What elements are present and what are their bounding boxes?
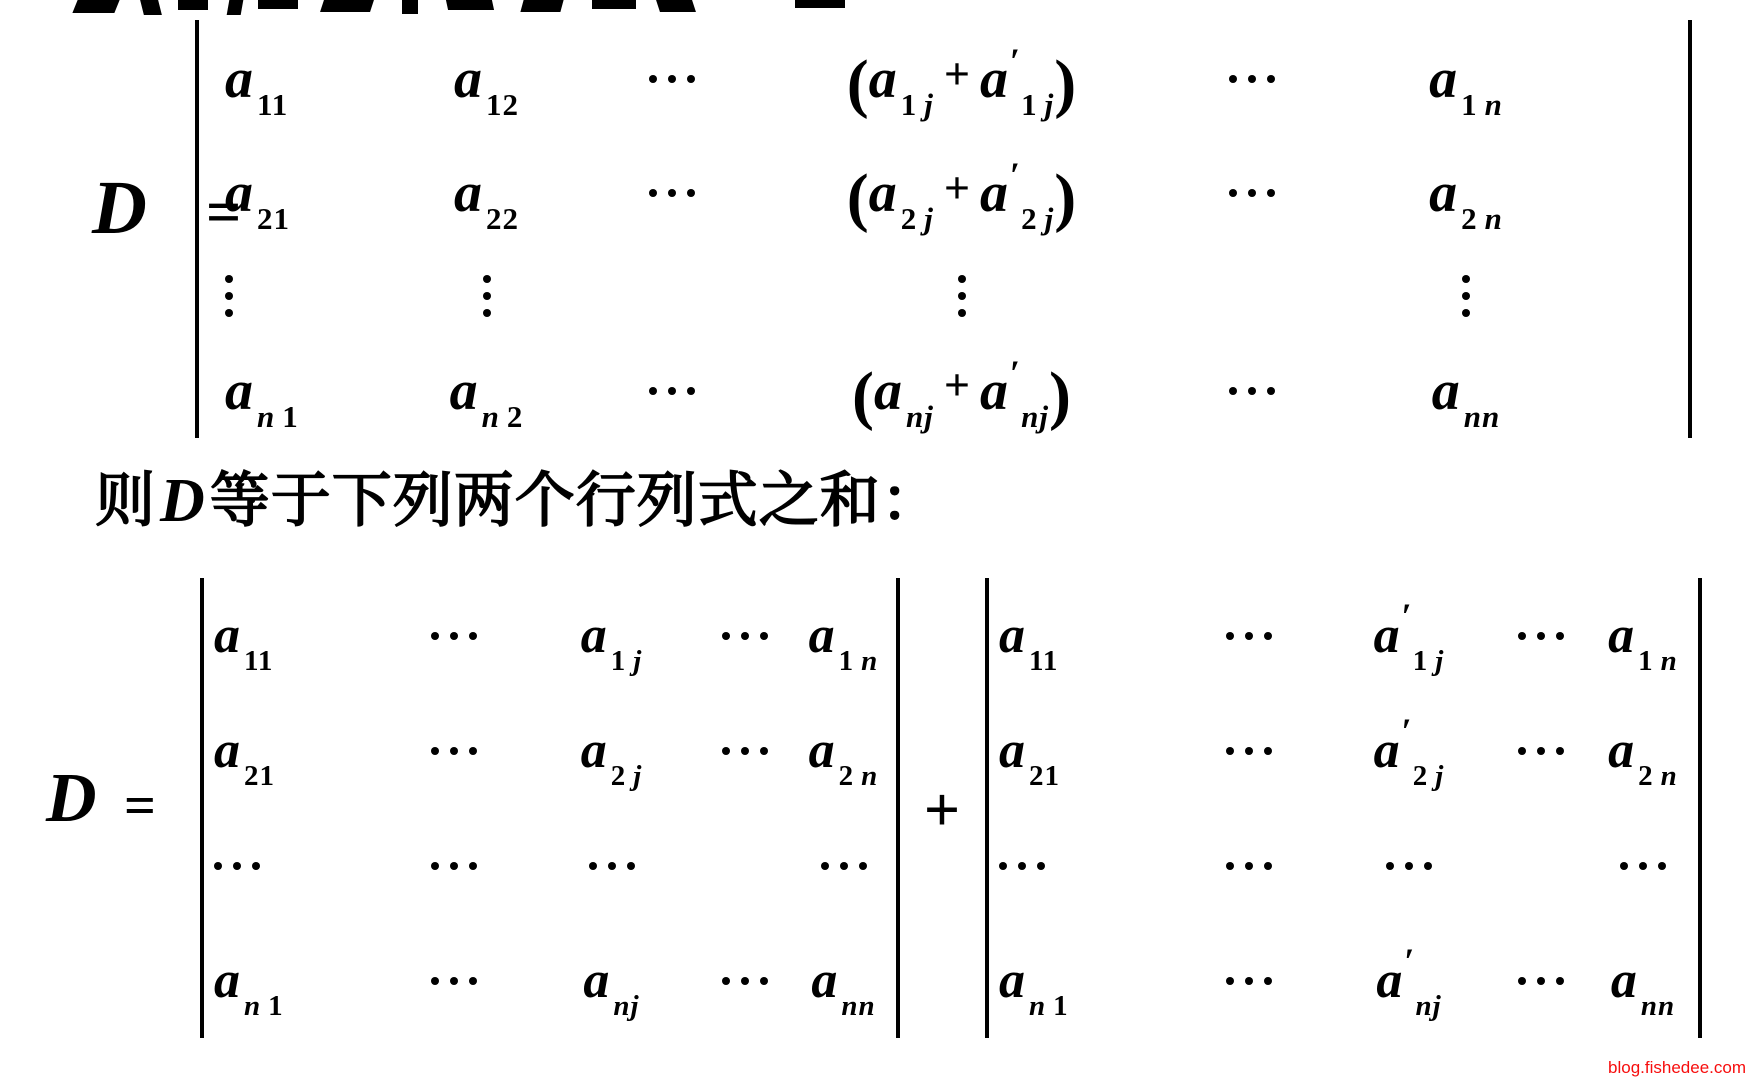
dot — [958, 275, 966, 283]
matrix-cell: a1n — [1344, 20, 1688, 138]
dot — [450, 977, 458, 985]
dot — [1245, 977, 1253, 985]
matrix-cell — [1494, 923, 1588, 1038]
clipped-text-fragment — [320, 0, 374, 12]
matrix-entry: an2 — [450, 359, 524, 423]
dot — [1556, 632, 1564, 640]
equals-sign: = — [124, 778, 156, 834]
dot — [450, 632, 458, 640]
dot — [1386, 862, 1394, 870]
matrix-entry: a21 — [214, 721, 275, 780]
entry-subscript: n1 — [244, 990, 284, 1022]
entry-subscript: n1 — [257, 399, 299, 434]
entry-subscript: 21 — [1029, 760, 1060, 792]
matrix-grid: a11a1ja1na21a2ja2nan1anjann — [204, 578, 896, 1038]
horizontal-ellipsis — [431, 862, 477, 870]
matrix-cell: a22 — [394, 138, 579, 248]
entry-subscript: 22 — [486, 201, 519, 236]
horizontal-ellipsis — [1620, 862, 1666, 870]
clipped-text-fragment — [446, 0, 494, 10]
horizontal-ellipsis — [214, 862, 260, 870]
matrix-cell: a21 — [204, 693, 384, 808]
dot — [1229, 75, 1237, 83]
entry-subscript: 11 — [244, 645, 273, 677]
entry-subscript: 1n — [1461, 87, 1503, 122]
entry-base-a: a — [1376, 952, 1402, 1009]
dot — [1226, 862, 1234, 870]
entry-base-a: a — [581, 607, 607, 664]
matrix-cell: a2n — [1344, 138, 1688, 248]
plus-sign: + — [902, 778, 982, 842]
horizontal-ellipsis — [1226, 977, 1272, 985]
matrix-entry: a11 — [214, 606, 273, 665]
entry-subscript: 1j — [611, 645, 643, 677]
clipped-text-fragment — [795, 0, 845, 8]
clipped-text-top — [0, 0, 1754, 18]
horizontal-ellipsis — [431, 747, 477, 755]
entry-subscript: 2n — [1461, 201, 1503, 236]
prime-mark: ′ — [1010, 41, 1020, 81]
determinant-symbol-D: D — [92, 170, 147, 246]
dot — [687, 189, 695, 197]
prime-mark: ′ — [1010, 353, 1020, 393]
dot — [1229, 387, 1237, 395]
entry-base-a: a — [874, 360, 902, 422]
dot — [431, 862, 439, 870]
dot — [1226, 977, 1234, 985]
entry-base-a: a — [869, 162, 897, 224]
dot — [431, 977, 439, 985]
matrix-cell: a′nj — [1324, 923, 1494, 1038]
matrix-cell — [1174, 808, 1324, 923]
clipped-text-fragment — [656, 0, 696, 12]
dot — [1518, 977, 1526, 985]
entry-base-a: a — [214, 952, 240, 1009]
matrix-cell: a1n — [791, 578, 896, 693]
determinant-bar-right — [1698, 578, 1702, 1038]
entry-base-a: a — [811, 952, 837, 1009]
matrix-entry: a′2j — [1374, 721, 1445, 780]
entry-base-a: a — [225, 162, 253, 224]
determinant-bar-right — [1688, 20, 1692, 438]
matrix-entry: a′nj — [980, 359, 1049, 423]
entry-subscript: 1n — [839, 645, 879, 677]
dot — [225, 292, 233, 300]
matrix-entry: a1n — [809, 606, 879, 665]
matrix-cell — [1494, 808, 1588, 923]
entry-subscript: n1 — [1029, 990, 1069, 1022]
dot — [214, 862, 222, 870]
horizontal-ellipsis — [1518, 747, 1564, 755]
horizontal-ellipsis — [722, 977, 768, 985]
dot — [1658, 862, 1666, 870]
matrix-cell — [579, 343, 764, 438]
matrix-cell: a2n — [1588, 693, 1698, 808]
dot — [469, 747, 477, 755]
horizontal-ellipsis — [722, 632, 768, 640]
determinant-second-summand: a11a′1ja1na21a′2ja2nan1a′njann — [985, 578, 1702, 1038]
matrix-cell: ann — [1588, 923, 1698, 1038]
dot — [958, 309, 966, 317]
dot — [1267, 387, 1275, 395]
dot — [233, 862, 241, 870]
matrix-cell: an1 — [204, 923, 384, 1038]
matrix-cell: ann — [791, 923, 896, 1038]
matrix-cell — [579, 248, 764, 343]
horizontal-ellipsis — [1386, 862, 1432, 870]
entry-base-a: a — [869, 48, 897, 110]
open-paren: ( — [852, 363, 874, 429]
entry-subscript: nj — [1021, 399, 1049, 434]
determinant-bar-right — [896, 578, 900, 1038]
horizontal-ellipsis — [1518, 632, 1564, 640]
dot — [840, 862, 848, 870]
dot — [649, 189, 657, 197]
dot — [1537, 747, 1545, 755]
dot — [1264, 977, 1272, 985]
matrix-cell — [384, 923, 524, 1038]
dot — [1245, 632, 1253, 640]
dot — [722, 747, 730, 755]
matrix-entry: a2j — [869, 161, 934, 225]
dot — [1537, 632, 1545, 640]
matrix-entry: a2n — [1608, 721, 1678, 780]
dot — [252, 862, 260, 870]
matrix-entry: a2n — [809, 721, 879, 780]
dot — [1462, 292, 1470, 300]
entry-subscript: 11 — [257, 87, 288, 122]
dot — [649, 387, 657, 395]
matrix-cell — [394, 248, 579, 343]
dot — [450, 862, 458, 870]
matrix-entry: a11 — [999, 606, 1058, 665]
dot — [1556, 977, 1564, 985]
entry-subscript: 21 — [244, 760, 275, 792]
determinant-first-summand: a11a1ja1na21a2ja2nan1anjann — [200, 578, 900, 1038]
matrix-cell — [1494, 693, 1588, 808]
matrix-entry: a21 — [225, 161, 290, 225]
matrix-cell — [1159, 343, 1344, 438]
entry-base-a: a — [980, 48, 1008, 110]
matrix-cell — [1174, 923, 1324, 1038]
matrix-cell — [204, 808, 384, 923]
matrix-entry: a1n — [1429, 47, 1503, 111]
matrix-cell — [1174, 693, 1324, 808]
matrix-grid: a11a12(a1j+a′1j)a1na21a22(a2j+a′2j)a2nan… — [199, 20, 1688, 438]
matrix-entry: a1j — [581, 606, 643, 665]
entry-base-a: a — [999, 722, 1025, 779]
matrix-entry: a′nj — [1376, 951, 1441, 1010]
dot — [1037, 862, 1045, 870]
dot — [741, 977, 749, 985]
entry-base-a: a — [1432, 360, 1460, 422]
open-paren: ( — [847, 51, 869, 117]
entry-base-a: a — [214, 722, 240, 779]
entry-subscript: n2 — [482, 399, 524, 434]
matrix-entry: a11 — [225, 47, 288, 111]
dot — [687, 387, 695, 395]
matrix-entry: a21 — [999, 721, 1060, 780]
entry-base-a: a — [809, 722, 835, 779]
dot — [859, 862, 867, 870]
matrix-entry: a22 — [454, 161, 519, 225]
dot — [687, 75, 695, 83]
matrix-cell — [1494, 578, 1588, 693]
entry-subscript: 2j — [901, 201, 934, 236]
entry-subscript: 2j — [611, 760, 643, 792]
dot — [760, 977, 768, 985]
dot — [1245, 862, 1253, 870]
matrix-cell — [699, 923, 791, 1038]
matrix-cell: an1 — [989, 923, 1174, 1038]
matrix-cell: anj — [524, 923, 699, 1038]
dot — [1620, 862, 1628, 870]
entry-base-a: a — [1374, 722, 1400, 779]
dot — [225, 309, 233, 317]
dot — [483, 309, 491, 317]
matrix-cell — [791, 808, 896, 923]
determinant-symbol-D: D — [46, 764, 97, 834]
entry-subscript: 2n — [839, 760, 879, 792]
entry-base-a: a — [1429, 162, 1457, 224]
entry-base-a: a — [214, 607, 240, 664]
dot — [958, 292, 966, 300]
matrix-entry: ann — [811, 951, 875, 1010]
dot — [1424, 862, 1432, 870]
dot — [1267, 189, 1275, 197]
entry-subscript: 1j — [1413, 645, 1445, 677]
dot — [431, 632, 439, 640]
dot — [649, 75, 657, 83]
dot — [760, 747, 768, 755]
entry-base-a: a — [450, 360, 478, 422]
dot — [483, 275, 491, 283]
horizontal-ellipsis — [1226, 862, 1272, 870]
clipped-text-fragment — [140, 0, 162, 15]
dot — [483, 292, 491, 300]
dot — [999, 862, 1007, 870]
dot — [741, 747, 749, 755]
horizontal-ellipsis — [1518, 977, 1564, 985]
plus-sign: + — [944, 47, 970, 100]
matrix-entry: ann — [1611, 951, 1675, 1010]
entry-base-a: a — [1608, 607, 1634, 664]
entry-base-a: a — [581, 722, 607, 779]
plus-sign: + — [944, 161, 970, 214]
statement-post: 等于下列两个行列式之和： — [210, 467, 942, 534]
dot — [1264, 632, 1272, 640]
prime-mark: ′ — [1402, 711, 1412, 751]
matrix-grid: a11a′1ja1na21a′2ja2nan1a′njann — [989, 578, 1698, 1038]
dot — [1556, 747, 1564, 755]
matrix-cell: a1j — [524, 578, 699, 693]
dot — [1226, 632, 1234, 640]
dot — [668, 189, 676, 197]
entry-base-a: a — [999, 607, 1025, 664]
dot — [760, 632, 768, 640]
horizontal-ellipsis — [649, 189, 695, 197]
dot — [1245, 747, 1253, 755]
clipped-text-fragment — [402, 0, 418, 14]
clipped-text-fragment — [72, 0, 119, 13]
horizontal-ellipsis — [821, 862, 867, 870]
matrix-cell — [1344, 248, 1688, 343]
matrix-cell — [1159, 20, 1344, 138]
matrix-entry: anj — [583, 951, 639, 1010]
dot — [1264, 862, 1272, 870]
dot — [1248, 387, 1256, 395]
matrix-cell — [579, 20, 764, 138]
matrix-cell: (a2j+a′2j) — [764, 138, 1159, 248]
entry-subscript: 2j — [1021, 201, 1054, 236]
matrix-cell — [199, 248, 394, 343]
horizontal-ellipsis — [1226, 632, 1272, 640]
close-paren: ) — [1054, 51, 1076, 117]
entry-subscript: nn — [841, 990, 875, 1022]
prime-mark: ′ — [1010, 155, 1020, 195]
statement-pre: 则 — [95, 467, 156, 534]
matrix-cell — [764, 248, 1159, 343]
dot — [225, 275, 233, 283]
matrix-cell — [1159, 248, 1344, 343]
dot — [450, 747, 458, 755]
matrix-cell: a′2j — [1324, 693, 1494, 808]
matrix-entry: an1 — [214, 951, 284, 1010]
matrix-cell — [384, 693, 524, 808]
horizontal-ellipsis — [1229, 75, 1275, 83]
entry-base-a: a — [1608, 722, 1634, 779]
matrix-cell: a1n — [1588, 578, 1698, 693]
dot — [469, 862, 477, 870]
dot — [608, 862, 616, 870]
dot — [1518, 632, 1526, 640]
entry-base-a: a — [1374, 607, 1400, 664]
matrix-cell — [1174, 578, 1324, 693]
matrix-cell: an1 — [199, 343, 394, 438]
entry-subscript: nj — [1415, 990, 1441, 1022]
matrix-entry: an1 — [999, 951, 1069, 1010]
open-paren: ( — [847, 165, 869, 231]
dot — [1405, 862, 1413, 870]
matrix-cell: an2 — [394, 343, 579, 438]
entry-subscript: 12 — [486, 87, 519, 122]
vertical-ellipsis — [225, 275, 233, 317]
close-paren: ) — [1054, 165, 1076, 231]
prime-mark: ′ — [1404, 941, 1414, 981]
entry-subscript: nj — [906, 399, 934, 434]
plus-sign: + — [944, 358, 970, 411]
matrix-cell — [579, 138, 764, 248]
matrix-cell — [1324, 808, 1494, 923]
dot — [627, 862, 635, 870]
entry-base-a: a — [454, 162, 482, 224]
matrix-cell: ann — [1344, 343, 1688, 438]
dot — [589, 862, 597, 870]
entry-base-a: a — [454, 48, 482, 110]
entry-subscript: 2n — [1638, 760, 1678, 792]
close-paren: ) — [1049, 363, 1071, 429]
matrix-cell: (anj+a′nj) — [764, 343, 1159, 438]
matrix-entry: a′1j — [980, 47, 1054, 111]
entry-base-a: a — [980, 162, 1008, 224]
clipped-text-fragment — [227, 0, 244, 15]
matrix-entry: a2n — [1429, 161, 1503, 225]
matrix-cell — [384, 578, 524, 693]
matrix-cell — [1588, 808, 1698, 923]
matrix-cell — [699, 578, 791, 693]
entry-subscript: 2j — [1413, 760, 1445, 792]
matrix-cell — [989, 808, 1174, 923]
horizontal-ellipsis — [1229, 189, 1275, 197]
entry-base-a: a — [809, 607, 835, 664]
matrix-cell — [699, 693, 791, 808]
statement-text: 则D等于下列两个行列式之和： — [95, 466, 942, 537]
matrix-entry: a12 — [454, 47, 519, 111]
matrix-cell: a2n — [791, 693, 896, 808]
clipped-text-fragment — [592, 0, 636, 9]
vertical-ellipsis — [483, 275, 491, 317]
horizontal-ellipsis — [649, 387, 695, 395]
page: D = a11a12(a1j+a′1j)a1na21a22(a2j+a′2j)a… — [0, 0, 1754, 1090]
matrix-cell: a21 — [199, 138, 394, 248]
dot — [722, 632, 730, 640]
matrix-cell — [384, 808, 524, 923]
dot — [1248, 75, 1256, 83]
horizontal-ellipsis — [1226, 747, 1272, 755]
horizontal-ellipsis — [431, 977, 477, 985]
dot — [1537, 977, 1545, 985]
prime-mark: ′ — [1402, 596, 1412, 636]
entry-subscript: nj — [613, 990, 639, 1022]
horizontal-ellipsis — [589, 862, 635, 870]
entry-subscript: 1j — [1021, 87, 1054, 122]
dot — [1462, 309, 1470, 317]
horizontal-ellipsis — [999, 862, 1045, 870]
horizontal-ellipsis — [431, 632, 477, 640]
dot — [668, 387, 676, 395]
dot — [722, 977, 730, 985]
watermark: blog.fishedee.com — [1608, 1058, 1746, 1078]
dot — [821, 862, 829, 870]
dot — [1462, 275, 1470, 283]
clipped-text-fragment — [178, 0, 208, 10]
dot — [1229, 189, 1237, 197]
entry-base-a: a — [999, 952, 1025, 1009]
dot — [1248, 189, 1256, 197]
horizontal-ellipsis — [722, 747, 768, 755]
matrix-entry: ann — [1432, 359, 1501, 423]
entry-base-a: a — [1429, 48, 1457, 110]
matrix-entry: a′1j — [1374, 606, 1445, 665]
entry-subscript: 1n — [1638, 645, 1678, 677]
matrix-cell: a′1j — [1324, 578, 1494, 693]
dot — [1018, 862, 1026, 870]
horizontal-ellipsis — [1229, 387, 1275, 395]
vertical-ellipsis — [1462, 275, 1470, 317]
matrix-cell — [699, 808, 791, 923]
dot — [469, 977, 477, 985]
clipped-text-fragment — [258, 0, 298, 9]
entry-subscript: 11 — [1029, 645, 1058, 677]
dot — [1267, 75, 1275, 83]
dot — [469, 632, 477, 640]
matrix-entry: anj — [874, 359, 934, 423]
matrix-cell: a11 — [199, 20, 394, 138]
determinant-expanded: a11a12(a1j+a′1j)a1na21a22(a2j+a′2j)a2nan… — [195, 20, 1692, 438]
dot — [741, 632, 749, 640]
statement-variable-D: D — [156, 467, 210, 535]
dot — [431, 747, 439, 755]
